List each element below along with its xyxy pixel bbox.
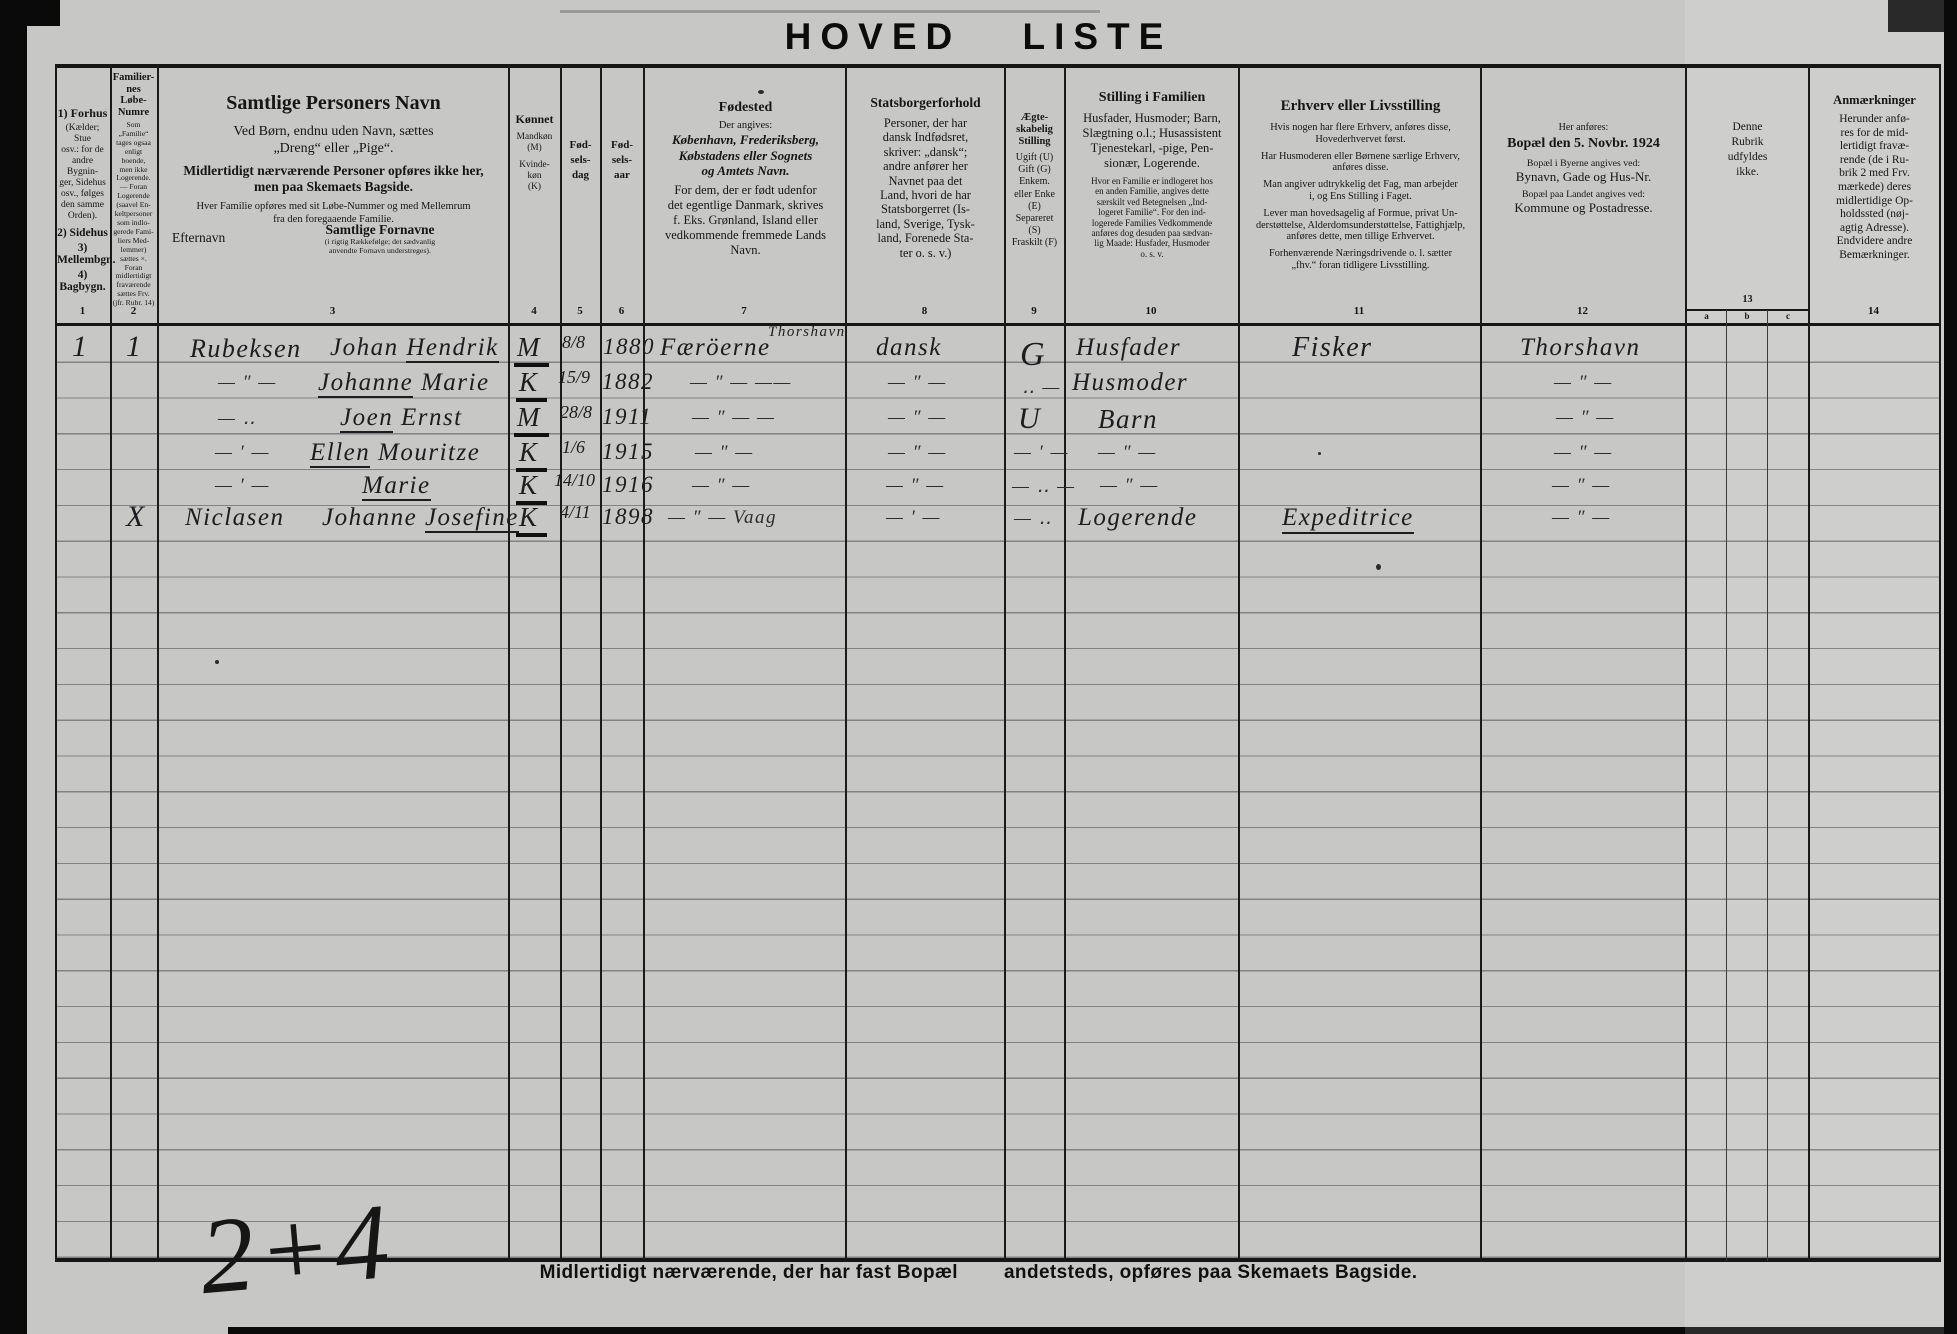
- entry-efternavn-ditto: — ′ —: [215, 442, 270, 464]
- entry-kon: M: [514, 332, 549, 367]
- entry-efternavn: Niclasen: [185, 504, 285, 532]
- col3-line2: Midlertidigt nærværende Personer opføres…: [159, 163, 508, 195]
- handwritten-tally: 2+4: [196, 1188, 398, 1312]
- fornavn-underlined: Josefine: [425, 504, 519, 533]
- col12-sub: Her anføres:: [1482, 122, 1685, 133]
- scan-speck: [1318, 452, 1321, 455]
- col7-sub: Der angives:: [646, 120, 845, 131]
- entry-bopael-ditto: — ″ —: [1554, 372, 1613, 394]
- entry-bopael-ditto: — ″ —: [1554, 442, 1613, 464]
- col2-note: Som „Familie“ tages ogsaa enligt boende,…: [111, 121, 156, 308]
- header-col-forhus: 1) Forhus (Kælder; Stue osv.: for de and…: [57, 106, 108, 293]
- entry-fodselsaar: 1911: [602, 404, 652, 430]
- footer-instruction-right: andetsteds, opføres paa Skemaets Bagside…: [1004, 1262, 1417, 1284]
- entry-fodselsaar: 1915: [602, 439, 654, 465]
- entry-fodested-ditto: — ″ — —: [692, 407, 775, 429]
- entry-efternavn: Rubeksen: [190, 334, 302, 364]
- entry-statsborger: dansk: [876, 334, 942, 362]
- entry-fornavn: Johan Hendrik: [330, 334, 499, 362]
- col9-title: Ægte- skabelig Stilling: [1005, 112, 1064, 148]
- entry-fornavn: Johanne Josefine: [322, 504, 519, 532]
- entry-efternavn-ditto: — ′ —: [215, 475, 270, 497]
- header-col-fodested: Fødested Der angives: København, Frederi…: [646, 100, 845, 258]
- col3-title: Samtlige Personers Navn: [159, 92, 508, 115]
- col-divider: [157, 64, 159, 1261]
- entry-forhus: 1: [72, 330, 89, 364]
- entry-aegteskab: U: [1018, 402, 1041, 436]
- colnum-6: 6: [600, 305, 643, 317]
- entry-fodselsaar: 1916: [602, 472, 654, 498]
- col1-line3: 3) Mellembgn.: [57, 242, 108, 266]
- entry-fodested: — ″ — Vaag: [668, 507, 777, 529]
- col1-line1: 1) Forhus: [57, 106, 108, 121]
- col3-sub-efternavn: Efternavn: [172, 230, 225, 246]
- colnum-1: 1: [55, 305, 110, 317]
- col12-line2: Kommune og Postadresse.: [1482, 200, 1685, 216]
- entry-fodselsaar: 1882: [602, 369, 654, 395]
- entry-efternavn-ditto: — ″ —: [218, 372, 277, 394]
- entry-fodested-ditto: — ″ — ——: [690, 372, 792, 394]
- header-col-fodselsdag: Fød- sels- dag: [561, 138, 600, 183]
- entry-fodested: Færöerne: [660, 334, 771, 362]
- col-divider: [600, 64, 602, 1261]
- table-border-right: [1939, 64, 1941, 1261]
- col-divider: [643, 64, 645, 1261]
- header-col-anmaerkninger: Anmærkninger Herunder anfø- res for de m…: [1810, 93, 1939, 263]
- col13-sub-divider-a: [1726, 310, 1727, 1261]
- entry-fodselsdag: 8/8: [562, 332, 585, 353]
- entry-kon: K: [516, 437, 547, 472]
- col3-line1: Ved Børn, endnu uden Navn, sættes „Dreng…: [159, 123, 508, 157]
- col10-body1: Husfader, Husmoder; Barn, Slægtning o.l.…: [1066, 111, 1238, 171]
- entry-erhverv: Fisker: [1292, 332, 1373, 364]
- entry-kon: M: [514, 402, 549, 437]
- col9-body: Ugift (U) Gift (G) Enkem. eller Enke (E)…: [1005, 152, 1064, 250]
- fornavn-underlined: Johanne: [318, 369, 413, 398]
- col-divider: [560, 64, 562, 1261]
- entry-stilling: Barn: [1098, 404, 1158, 435]
- entry-fodested-ditto: — ″ —: [695, 442, 754, 464]
- header-col-konnet: Kønnet Mandkøn (M) Kvinde- køn (K): [509, 112, 560, 193]
- col-divider: [508, 64, 510, 1261]
- header-col-stilling: Stilling i Familien Husfader, Husmoder; …: [1066, 90, 1238, 259]
- header-col-navn: Samtlige Personers Navn Ved Børn, endnu …: [159, 92, 508, 226]
- header-bottom-border: [55, 323, 1941, 326]
- col12-line1: Bynavn, Gade og Hus-Nr.: [1482, 169, 1685, 185]
- entry-fodested-note: Thorshavn: [768, 324, 846, 341]
- header-col-fodselsaar: Fød- sels- aar: [601, 138, 643, 183]
- col3-sub-fornavne: Samtlige Fornavne (i rigtig Rækkefølge; …: [280, 222, 480, 256]
- col11-p3: Man angiver udtrykkelig det Fag, man arb…: [1241, 179, 1480, 203]
- entry-bopael-ditto: — ″ —: [1552, 475, 1611, 497]
- entry-stilling-ditto: — ″ —: [1100, 475, 1159, 497]
- entry-statsborger-ditto: — ″ —: [888, 407, 947, 429]
- col-divider: [1685, 64, 1687, 1261]
- scan-speck: [215, 660, 219, 664]
- col11-title: Erhverv eller Livsstilling: [1241, 98, 1480, 115]
- entry-statsborger-ditto: — ″ —: [886, 475, 945, 497]
- col10-title: Stilling i Familien: [1066, 90, 1238, 106]
- entry-bopael: Thorshavn: [1520, 334, 1640, 362]
- colnum-11: 11: [1238, 305, 1480, 317]
- entry-fodselsdag: 1/6: [562, 437, 585, 458]
- entry-aegteskab-ditto: — ‥ —: [1012, 475, 1075, 498]
- header-col-lobenumre: Familier- nes Løbe- Numre Som „Familie“ …: [111, 72, 156, 308]
- entry-stilling: Logerende: [1078, 504, 1198, 532]
- col13-sub-c: c: [1768, 311, 1808, 321]
- fornavn-plain: Johan: [330, 334, 406, 361]
- col-divider: [1238, 64, 1240, 1261]
- fornavn-underlined: Hendrik: [406, 334, 498, 363]
- col13-sub-divider-b: [1767, 310, 1768, 1261]
- col11-p4: Lever man hovedsagelig af Formue, privat…: [1241, 208, 1480, 243]
- entry-statsborger-ditto: — ″ —: [888, 372, 947, 394]
- entry-fodselsdag: 15/9: [558, 367, 590, 388]
- colnum-3: 3: [157, 305, 508, 317]
- col14-body: Herunder anfø- res for de mid- lertidigt…: [1810, 113, 1939, 263]
- col12-note1: Bopæl i Byerne angives ved:: [1482, 158, 1685, 169]
- scan-edge-left: [0, 0, 27, 1334]
- header-col-bopael: Her anføres: Bopæl den 5. Novbr. 1924 Bo…: [1482, 122, 1685, 216]
- colnum-14: 14: [1808, 305, 1939, 317]
- footer-instruction: Midlertidigt nærværende, der har fast Bo…: [0, 1262, 1957, 1284]
- entry-fodselsaar: 1880: [603, 334, 655, 360]
- entry-statsborger-ditto: — ″ —: [888, 442, 947, 464]
- entry-bopael-ditto: — ″ —: [1556, 407, 1615, 429]
- col3-sub-fornavne-note: (i rigtig Rækkefølge; det sædvanlig anve…: [280, 238, 480, 256]
- entry-kon: K: [516, 470, 547, 505]
- col1-note: (Kælder; Stue osv.: for de andre Bygnin-…: [57, 123, 108, 222]
- col1-line4: 4) Bagbygn.: [57, 269, 108, 293]
- census-form-scan: HOVED LISTE 1) Forhus (Kælder; Stue osv.…: [0, 0, 1957, 1334]
- entry-erhverv: Expeditrice: [1282, 504, 1414, 534]
- entry-fornavn: Johanne Marie: [318, 369, 490, 397]
- col8-title: Statsborgerforhold: [847, 95, 1004, 111]
- entry-fodselsaar: 1898: [602, 504, 654, 530]
- header-col-statsborgerforhold: Statsborgerforhold Personer, der har dan…: [847, 95, 1004, 260]
- scan-speck: [1376, 564, 1381, 570]
- colnum-2: 2: [110, 305, 157, 317]
- colnum-4: 4: [508, 305, 560, 317]
- col11-p5: Forhenværende Næringsdrivende o. l. sætt…: [1241, 248, 1480, 272]
- entry-fodselsdag: 4/11: [560, 502, 591, 523]
- entry-stilling: Husmoder: [1072, 369, 1188, 397]
- scan-speck: [758, 90, 764, 94]
- col4-opt-k: Kvinde- køn (K): [509, 160, 560, 193]
- fornavn-plain: Johanne: [322, 504, 425, 531]
- entry-bopael-ditto: — ″ —: [1552, 507, 1611, 529]
- fornavn-rest: Ernst: [393, 404, 462, 431]
- col2-title: Familier- nes Løbe- Numre: [111, 72, 156, 118]
- col14-title: Anmærkninger: [1810, 93, 1939, 108]
- col13-sub-b: b: [1727, 311, 1767, 321]
- entry-lobenummer: 1: [126, 330, 143, 364]
- scan-fold-line: [560, 10, 1100, 13]
- colnum-9: 9: [1004, 305, 1064, 317]
- col7-body1: København, Frederiksberg, Købstadens ell…: [646, 132, 845, 179]
- entry-aegteskab-ditto: — ‥: [1014, 507, 1053, 530]
- col-divider: [1480, 64, 1482, 1261]
- header-col-erhverv: Erhverv eller Livsstilling Hvis nogen ha…: [1241, 98, 1480, 272]
- col11-p1: Hvis nogen har flere Erhverv, anføres di…: [1241, 122, 1480, 146]
- col1-line2: 2) Sidehus: [57, 227, 108, 239]
- header-col-rubrik: Denne Rubrik udfyldes ikke.: [1687, 120, 1808, 180]
- col13-number: 13: [1687, 294, 1808, 305]
- colnum-8: 8: [845, 305, 1004, 317]
- entry-fodselsdag: 14/10: [554, 470, 595, 491]
- fornavn-underlined: Marie: [362, 472, 431, 501]
- entry-aegteskab-ditto: — ′ —: [1014, 442, 1069, 464]
- entry-statsborger-ditto: — ′ —: [886, 507, 941, 529]
- colnum-7: 7: [643, 305, 845, 317]
- entry-fornavn: Ellen Mouritze: [310, 439, 480, 467]
- col12-note2: Bopæl paa Landet angives ved:: [1482, 189, 1685, 200]
- entry-kon: K: [516, 502, 547, 537]
- footer-instruction-left: Midlertidigt nærværende, der har fast Bo…: [540, 1262, 958, 1284]
- col8-body: Personer, der har dansk Indfødsret, skri…: [847, 116, 1004, 260]
- entry-fodselsdag: 28/8: [560, 402, 592, 423]
- entry-aegteskab-ditto: ‥ —: [1022, 376, 1061, 399]
- entry-lobenummer-x: X: [126, 500, 146, 534]
- entry-efternavn-ditto: — ‥: [218, 407, 257, 430]
- col10-body2: Hvor en Familie er indlogeret hos en and…: [1066, 176, 1238, 259]
- scan-edge-right: [1944, 0, 1957, 1334]
- entry-fornavn: Marie: [362, 472, 431, 500]
- col12-title: Bopæl den 5. Novbr. 1924: [1482, 136, 1685, 152]
- entry-fodested-ditto: — ″ —: [692, 475, 751, 497]
- entry-kon: K: [516, 367, 547, 402]
- col4-opt-m: Mandkøn (M): [509, 132, 560, 154]
- fornavn-rest: Marie: [413, 369, 489, 396]
- entry-aegteskab: G: [1020, 336, 1046, 374]
- fornavn-underlined: Joen: [340, 404, 393, 433]
- entry-fornavn: Joen Ernst: [340, 404, 463, 432]
- entry-stilling: Husfader: [1076, 334, 1181, 362]
- colnum-10: 10: [1064, 305, 1238, 317]
- header-col-aegteskabelig: Ægte- skabelig Stilling Ugift (U) Gift (…: [1005, 112, 1064, 250]
- fornavn-rest: Mouritze: [370, 439, 480, 466]
- colnum-12: 12: [1480, 305, 1685, 317]
- col4-title: Kønnet: [509, 112, 560, 127]
- col11-p2: Har Husmoderen eller Børnene særlige Erh…: [1241, 151, 1480, 175]
- entry-stilling-ditto: — ″ —: [1098, 442, 1157, 464]
- fornavn-underlined: Ellen: [310, 439, 370, 468]
- table-top-border: [55, 64, 1941, 68]
- col7-body2: For dem, der er født udenfor det egentli…: [646, 183, 845, 258]
- col13-sub-a: a: [1687, 311, 1726, 321]
- colnum-5: 5: [560, 305, 600, 317]
- col7-title: Fødested: [646, 100, 845, 116]
- page-title: HOVED LISTE: [0, 16, 1957, 58]
- col3-sub-fornavne-label: Samtlige Fornavne: [280, 222, 480, 238]
